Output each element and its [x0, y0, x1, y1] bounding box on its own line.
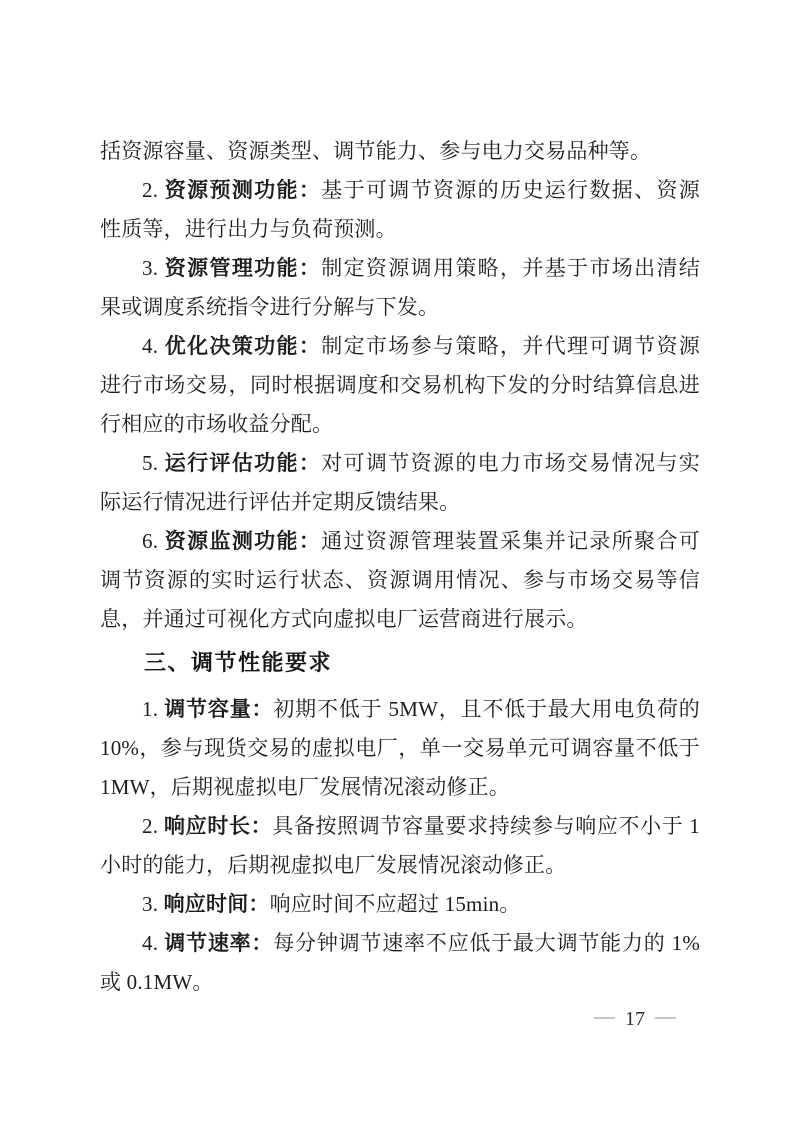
item-number: 1.	[142, 697, 158, 721]
line-text: 括资源容量、资源类型、调节能力、参与电力交易品种等。	[100, 139, 651, 163]
section-heading: 三、调节性能要求	[100, 643, 700, 682]
body-text: 括资源容量、资源类型、调节能力、参与电力交易品种等。 2. 资源预测功能：基于可…	[100, 132, 700, 1002]
item-label: 优化决策功能：	[165, 334, 321, 358]
footer-dash-right: —	[655, 1004, 676, 1028]
line-text: 性质等，进行出力与负荷预测。	[100, 217, 397, 241]
line-text: 调节资源的实时运行状态、资源调用情况、参与市场交易等信	[100, 568, 700, 592]
item-number: 2.	[142, 814, 158, 838]
line-text: 进行市场交易，同时根据调度和交易机构下发的分时结算信息进	[100, 373, 700, 397]
text-line: 4. 调节速率：每分钟调节速率不应低于最大调节能力的 1%	[100, 924, 700, 963]
line-text: 通过资源管理装置采集并记录所聚合可	[321, 529, 700, 553]
item-number: 4.	[142, 334, 158, 358]
text-line: 进行市场交易，同时根据调度和交易机构下发的分时结算信息进	[100, 366, 700, 405]
item-number: 3.	[142, 256, 158, 280]
line-text: 1MW，后期视虚拟电厂发展情况滚动修正。	[100, 775, 510, 799]
line-text: 初期不低于 5MW，且不低于最大用电负荷的	[273, 697, 700, 721]
text-line: 5. 运行评估功能：对可调节资源的电力市场交易情况与实	[100, 444, 700, 483]
text-line: 际运行情况进行评估并定期反馈结果。	[100, 483, 700, 522]
text-line: 小时的能力，后期视虚拟电厂发展情况滚动修正。	[100, 846, 700, 885]
item-label: 运行评估功能：	[165, 451, 321, 475]
line-text: 对可调节资源的电力市场交易情况与实	[321, 451, 700, 475]
line-text: 10%，参与现货交易的虚拟电厂，单一交易单元可调容量不低于	[100, 736, 700, 760]
text-line: 或 0.1MW。	[100, 963, 700, 1002]
line-text: 响应时间不应超过 15min。	[270, 892, 521, 916]
page-footer: —17—	[560, 1004, 710, 1032]
text-line: 6. 资源监测功能：通过资源管理装置采集并记录所聚合可	[100, 522, 700, 561]
item-label: 资源监测功能：	[165, 529, 321, 553]
line-text: 具备按照调节容量要求持续参与响应不小于 1	[272, 814, 700, 838]
text-line: 息，并通过可视化方式向虚拟电厂运营商进行展示。	[100, 600, 700, 639]
item-number: 3.	[142, 892, 158, 916]
text-line: 1MW，后期视虚拟电厂发展情况滚动修正。	[100, 768, 700, 807]
text-line: 10%，参与现货交易的虚拟电厂，单一交易单元可调容量不低于	[100, 729, 700, 768]
line-text: 基于可调节资源的历史运行数据、资源	[321, 178, 700, 202]
line-text: 息，并通过可视化方式向虚拟电厂运营商进行展示。	[100, 607, 588, 631]
line-text: 制定资源调用策略，并基于市场出清结	[321, 256, 700, 280]
line-text: 制定市场参与策略，并代理可调节资源	[321, 334, 700, 358]
item-label: 响应时长：	[164, 814, 272, 838]
text-line: 3. 资源管理功能：制定资源调用策略，并基于市场出清结	[100, 249, 700, 288]
text-line: 4. 优化决策功能：制定市场参与策略，并代理可调节资源	[100, 327, 700, 366]
text-line: 2. 响应时长：具备按照调节容量要求持续参与响应不小于 1	[100, 807, 700, 846]
text-line: 2. 资源预测功能：基于可调节资源的历史运行数据、资源	[100, 171, 700, 210]
item-label: 调节容量：	[164, 697, 273, 721]
item-number: 5.	[142, 451, 158, 475]
line-text: 际运行情况进行评估并定期反馈结果。	[100, 490, 460, 514]
line-text: 或 0.1MW。	[100, 970, 214, 994]
line-text: 行相应的市场收益分配。	[100, 412, 333, 436]
item-label: 调节速率：	[164, 931, 273, 955]
page-number: 17	[625, 1008, 645, 1030]
footer-dash-left: —	[594, 1004, 615, 1028]
text-line: 1. 调节容量：初期不低于 5MW，且不低于最大用电负荷的	[100, 690, 700, 729]
text-line: 行相应的市场收益分配。	[100, 405, 700, 444]
item-label: 资源预测功能：	[165, 178, 321, 202]
text-line: 3. 响应时间：响应时间不应超过 15min。	[100, 885, 700, 924]
text-line: 括资源容量、资源类型、调节能力、参与电力交易品种等。	[100, 132, 700, 171]
item-label: 响应时间：	[164, 892, 270, 916]
text-line: 性质等，进行出力与负荷预测。	[100, 210, 700, 249]
item-number: 6.	[142, 529, 158, 553]
item-label: 资源管理功能：	[165, 256, 321, 280]
line-text: 果或调度系统指令进行分解与下发。	[100, 295, 439, 319]
text-line: 果或调度系统指令进行分解与下发。	[100, 288, 700, 327]
item-number: 4.	[142, 931, 158, 955]
text-line: 调节资源的实时运行状态、资源调用情况、参与市场交易等信	[100, 561, 700, 600]
line-text: 小时的能力，后期视虚拟电厂发展情况滚动修正。	[100, 853, 566, 877]
document-page: 括资源容量、资源类型、调节能力、参与电力交易品种等。 2. 资源预测功能：基于可…	[0, 0, 800, 1131]
item-number: 2.	[142, 178, 158, 202]
line-text: 每分钟调节速率不应低于最大调节能力的 1%	[273, 931, 700, 955]
